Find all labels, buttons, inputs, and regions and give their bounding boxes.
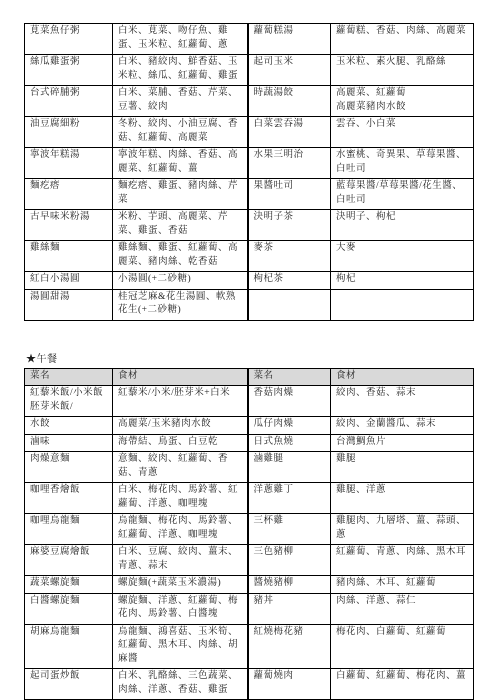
ingredients-cell: 絞肉、金蘭醬瓜、蒜末 xyxy=(331,417,474,435)
table-row: 咖哩烏龍麵 烏龍麵、梅花肉、馬鈴薯、紅蘿蔔、洋蔥、咖哩塊 三杯雞 雞腿肉、九層塔… xyxy=(25,514,474,545)
dish-name-cell: 枸杞茶 xyxy=(248,272,331,290)
lunch-section-label: ★午餐 xyxy=(26,350,495,365)
ingredients-cell: 意麵、絞肉、紅蘿蔔、香菇、青蔥 xyxy=(113,452,248,483)
ingredients-cell: 白米、菜脯、香菇、芹菜、豆薯、絞肉 xyxy=(113,86,248,117)
table-row: 雞絲麵 雞絲麵、雞蛋、紅蘿蔔、高麗菜、豬肉絲、乾香菇 麥茶 大麥 xyxy=(25,241,474,272)
table-row: 絲瓜雞蛋粥 白米、豬絞肉、鮮香菇、玉米粒、絲瓜、紅蘿蔔、雞蛋 起司玉米 玉米粒、… xyxy=(25,55,474,86)
table-row: 紅藜米飯/小米飯胚芽米飯/ 紅藜米/小米/胚芽米+白米 香菇肉燥 絞肉、香菇、蒜… xyxy=(25,386,474,417)
table-row: 咖哩香燴飯 白米、梅花肉、馬鈴薯、紅蘿蔔、洋蔥、咖哩塊 洋蔥雞丁 雞腿、洋蔥 xyxy=(25,483,474,514)
table-row: 滷味 海帶結、鳥蛋、白豆乾 日式魚燒 台灣鯛魚片 xyxy=(25,434,474,452)
ingredients-cell: 米粉、芋頭、高麗菜、芹菜、雞蛋、香菇 xyxy=(113,210,248,241)
ingredients-cell: 水蜜桃、奇異果、草莓果醬、白吐司 xyxy=(331,148,474,179)
dish-name-cell: 雞絲麵 xyxy=(25,241,113,272)
ingredients-cell: 白米、莧菜、吻仔魚、雞蛋、玉米粒、紅蘿蔔、蔥 xyxy=(113,24,248,55)
table-row: 古早味米粉湯 米粉、芋頭、高麗菜、芹菜、雞蛋、香菇 決明子茶 決明子、枸杞 xyxy=(25,210,474,241)
table-row: 肉燥意麵 意麵、絞肉、紅蘿蔔、香菇、青蔥 滷雞腿 雞腿 xyxy=(25,452,474,483)
dish-name-cell: 三杯雞 xyxy=(248,514,331,545)
ingredients-cell: 烏龍麵、梅花肉、馬鈴薯、紅蘿蔔、洋蔥、咖哩塊 xyxy=(113,514,248,545)
table-row: 胡麻烏龍麵 烏龍麵、鴻喜菇、玉米筍、紅蘿蔔、黑木耳、肉絲、胡麻醬 紅燒梅花豬 梅… xyxy=(25,624,474,669)
dish-name-cell: 起司蛋炒飯 xyxy=(25,669,113,700)
table-row: 麻婆豆腐燴飯 白米、豆腐、絞肉、薑末、青蔥、蒜末 三色豬柳 紅蘿蔔、青蔥、肉絲、… xyxy=(25,545,474,576)
dish-name-cell: 蘿蔔燒肉 xyxy=(248,669,331,700)
dish-name-cell: 起司玉米 xyxy=(248,55,331,86)
table-row: 麵疙瘩 麵疙瘩、雞蛋、豬肉絲、芹菜 果醬吐司 藍莓果醬/草莓果醬/花生醬、白吐司 xyxy=(25,179,474,210)
dish-name-cell: 絲瓜雞蛋粥 xyxy=(25,55,113,86)
ingredients-cell: 絞肉、香菇、蒜末 xyxy=(331,386,474,417)
dish-name-cell: 醬燒豬柳 xyxy=(248,576,331,594)
table-row: 湯圓甜湯 桂冠芝麻&花生湯圓、軟熟花生(+二砂糖) xyxy=(25,289,474,320)
column-header-ingredients: 食材 xyxy=(113,368,248,386)
lunch-menu-table: 菜名 食材 菜名 食材 紅藜米飯/小米飯胚芽米飯/ 紅藜米/小米/胚芽米+白米 … xyxy=(24,368,474,700)
dish-name-cell: 紅藜米飯/小米飯胚芽米飯/ xyxy=(25,386,113,417)
dish-name-cell: 咖哩烏龍麵 xyxy=(25,514,113,545)
ingredients-cell: 梅花肉、白蘿蔔、紅蘿蔔 xyxy=(331,624,474,669)
table-row: 台式碎脯粥 白米、菜脯、香菇、芹菜、豆薯、絞肉 時蔬湯餃 高麗菜、紅蘿蔔 高麗菜… xyxy=(25,86,474,117)
dish-name-cell: 水果三明治 xyxy=(248,148,331,179)
document-page: 莧菜魚仔粥 白米、莧菜、吻仔魚、雞蛋、玉米粒、紅蘿蔔、蔥 蘿蔔糕湯 蘿蔔糕、香菇… xyxy=(0,0,495,700)
ingredients-cell: 桂冠芝麻&花生湯圓、軟熟花生(+二砂糖) xyxy=(113,289,248,320)
dish-name-cell: 台式碎脯粥 xyxy=(25,86,113,117)
ingredients-cell: 海帶結、鳥蛋、白豆乾 xyxy=(113,434,248,452)
dish-name-cell: 滷味 xyxy=(25,434,113,452)
column-header-ingredients: 食材 xyxy=(331,368,474,386)
dish-name-cell: 水餃 xyxy=(25,417,113,435)
table-row: 水餃 高麗菜/玉米豬肉水餃 瓜仔肉燥 絞肉、金蘭醬瓜、蒜末 xyxy=(25,417,474,435)
dish-name-cell: 決明子茶 xyxy=(248,210,331,241)
ingredients-cell: 枸杞 xyxy=(331,272,474,290)
ingredients-cell: 小湯圓(+二砂糖) xyxy=(113,272,248,290)
dish-name-cell: 三色豬柳 xyxy=(248,545,331,576)
dish-name-cell: 寧波年糕湯 xyxy=(25,148,113,179)
table-row: 蔬菜螺旋麵 螺旋麵(+蔬菜玉米濃湯) 醬燒豬柳 豬肉絲、木耳、紅蘿蔔 xyxy=(25,576,474,594)
dish-name-cell: 紅白小湯圓 xyxy=(25,272,113,290)
ingredients-cell: 白米、梅花肉、馬鈴薯、紅蘿蔔、洋蔥、咖哩塊 xyxy=(113,483,248,514)
table-row: 紅白小湯圓 小湯圓(+二砂糖) 枸杞茶 枸杞 xyxy=(25,272,474,290)
table-row: 莧菜魚仔粥 白米、莧菜、吻仔魚、雞蛋、玉米粒、紅蘿蔔、蔥 蘿蔔糕湯 蘿蔔糕、香菇… xyxy=(25,24,474,55)
table-header-row: 菜名 食材 菜名 食材 xyxy=(25,368,474,386)
ingredients-cell: 高麗菜、紅蘿蔔 高麗菜豬肉水餃 xyxy=(331,86,474,117)
dish-name-cell: 胡麻烏龍麵 xyxy=(25,624,113,669)
ingredients-cell: 雞腿、洋蔥 xyxy=(331,483,474,514)
ingredients-cell: 螺旋麵、洋蔥、紅蘿蔔、梅花肉、馬鈴薯、白醬塊 xyxy=(113,593,248,624)
dish-name-cell: 紅燒梅花豬 xyxy=(248,624,331,669)
ingredients-cell: 烏龍麵、鴻喜菇、玉米筍、紅蘿蔔、黑木耳、肉絲、胡麻醬 xyxy=(113,624,248,669)
table-row: 油豆腐細粉 冬粉、絞肉、小油豆腐、香菇、紅蘿蔔、高麗菜 白菜雲吞湯 雲吞、小白菜 xyxy=(25,117,474,148)
ingredients-cell: 雞絲麵、雞蛋、紅蘿蔔、高麗菜、豬肉絲、乾香菇 xyxy=(113,241,248,272)
dish-name-cell: 時蔬湯餃 xyxy=(248,86,331,117)
ingredients-cell: 冬粉、絞肉、小油豆腐、香菇、紅蘿蔔、高麗菜 xyxy=(113,117,248,148)
dish-name-cell: 麥茶 xyxy=(248,241,331,272)
ingredients-cell: 藍莓果醬/草莓果醬/花生醬、白吐司 xyxy=(331,179,474,210)
ingredients-cell: 肉絲、洋蔥、蒜仁 xyxy=(331,593,474,624)
dish-name-cell: 湯圓甜湯 xyxy=(25,289,113,320)
ingredients-cell: 白米、乳酪絲、三色蔬菜、肉絲、洋蔥、香菇、雞蛋 xyxy=(113,669,248,700)
dish-name-cell: 蔬菜螺旋麵 xyxy=(25,576,113,594)
table-row: 寧波年糕湯 寧波年糕、肉絲、香菇、高麗菜、紅蘿蔔、薑 水果三明治 水蜜桃、奇異果… xyxy=(25,148,474,179)
ingredients-cell: 紅蘿蔔、青蔥、肉絲、黑木耳 xyxy=(331,545,474,576)
ingredients-cell: 雲吞、小白菜 xyxy=(331,117,474,148)
ingredients-cell: 決明子、枸杞 xyxy=(331,210,474,241)
table-row: 白醬螺旋麵 螺旋麵、洋蔥、紅蘿蔔、梅花肉、馬鈴薯、白醬塊 豬丼 肉絲、洋蔥、蒜仁 xyxy=(25,593,474,624)
ingredients-cell: 螺旋麵(+蔬菜玉米濃湯) xyxy=(113,576,248,594)
dish-name-cell: 日式魚燒 xyxy=(248,434,331,452)
column-header-dish: 菜名 xyxy=(248,368,331,386)
breakfast-menu-table: 莧菜魚仔粥 白米、莧菜、吻仔魚、雞蛋、玉米粒、紅蘿蔔、蔥 蘿蔔糕湯 蘿蔔糕、香菇… xyxy=(24,23,474,321)
dish-name-cell: 麻婆豆腐燴飯 xyxy=(25,545,113,576)
dish-name-cell xyxy=(248,289,331,320)
dish-name-cell: 香菇肉燥 xyxy=(248,386,331,417)
dish-name-cell: 麵疙瘩 xyxy=(25,179,113,210)
dish-name-cell: 滷雞腿 xyxy=(248,452,331,483)
table-row: 起司蛋炒飯 白米、乳酪絲、三色蔬菜、肉絲、洋蔥、香菇、雞蛋 蘿蔔燒肉 白蘿蔔、紅… xyxy=(25,669,474,700)
dish-name-cell: 古早味米粉湯 xyxy=(25,210,113,241)
ingredients-cell: 紅藜米/小米/胚芽米+白米 xyxy=(113,386,248,417)
dish-name-cell: 白菜雲吞湯 xyxy=(248,117,331,148)
ingredients-cell: 大麥 xyxy=(331,241,474,272)
dish-name-cell: 油豆腐細粉 xyxy=(25,117,113,148)
dish-name-cell: 肉燥意麵 xyxy=(25,452,113,483)
ingredients-cell: 蘿蔔糕、香菇、肉絲、高麗菜 xyxy=(331,24,474,55)
dish-name-cell: 豬丼 xyxy=(248,593,331,624)
dish-name-cell: 瓜仔肉燥 xyxy=(248,417,331,435)
dish-name-cell: 洋蔥雞丁 xyxy=(248,483,331,514)
dish-name-cell: 白醬螺旋麵 xyxy=(25,593,113,624)
ingredients-cell: 高麗菜/玉米豬肉水餃 xyxy=(113,417,248,435)
ingredients-cell: 麵疙瘩、雞蛋、豬肉絲、芹菜 xyxy=(113,179,248,210)
ingredients-cell: 白米、豆腐、絞肉、薑末、青蔥、蒜末 xyxy=(113,545,248,576)
dish-name-cell: 蘿蔔糕湯 xyxy=(248,24,331,55)
ingredients-cell xyxy=(331,289,474,320)
ingredients-cell: 台灣鯛魚片 xyxy=(331,434,474,452)
ingredients-cell: 雞腿 xyxy=(331,452,474,483)
ingredients-cell: 白米、豬絞肉、鮮香菇、玉米粒、絲瓜、紅蘿蔔、雞蛋 xyxy=(113,55,248,86)
ingredients-cell: 豬肉絲、木耳、紅蘿蔔 xyxy=(331,576,474,594)
dish-name-cell: 莧菜魚仔粥 xyxy=(25,24,113,55)
dish-name-cell: 咖哩香燴飯 xyxy=(25,483,113,514)
ingredients-cell: 雞腿肉、九層塔、薑、蒜頭、蔥 xyxy=(331,514,474,545)
ingredients-cell: 白蘿蔔、紅蘿蔔、梅花肉、薑 xyxy=(331,669,474,700)
column-header-dish: 菜名 xyxy=(25,368,113,386)
ingredients-cell: 寧波年糕、肉絲、香菇、高麗菜、紅蘿蔔、薑 xyxy=(113,148,248,179)
dish-name-cell: 果醬吐司 xyxy=(248,179,331,210)
ingredients-cell: 玉米粒、素火腿、乳酪絲 xyxy=(331,55,474,86)
